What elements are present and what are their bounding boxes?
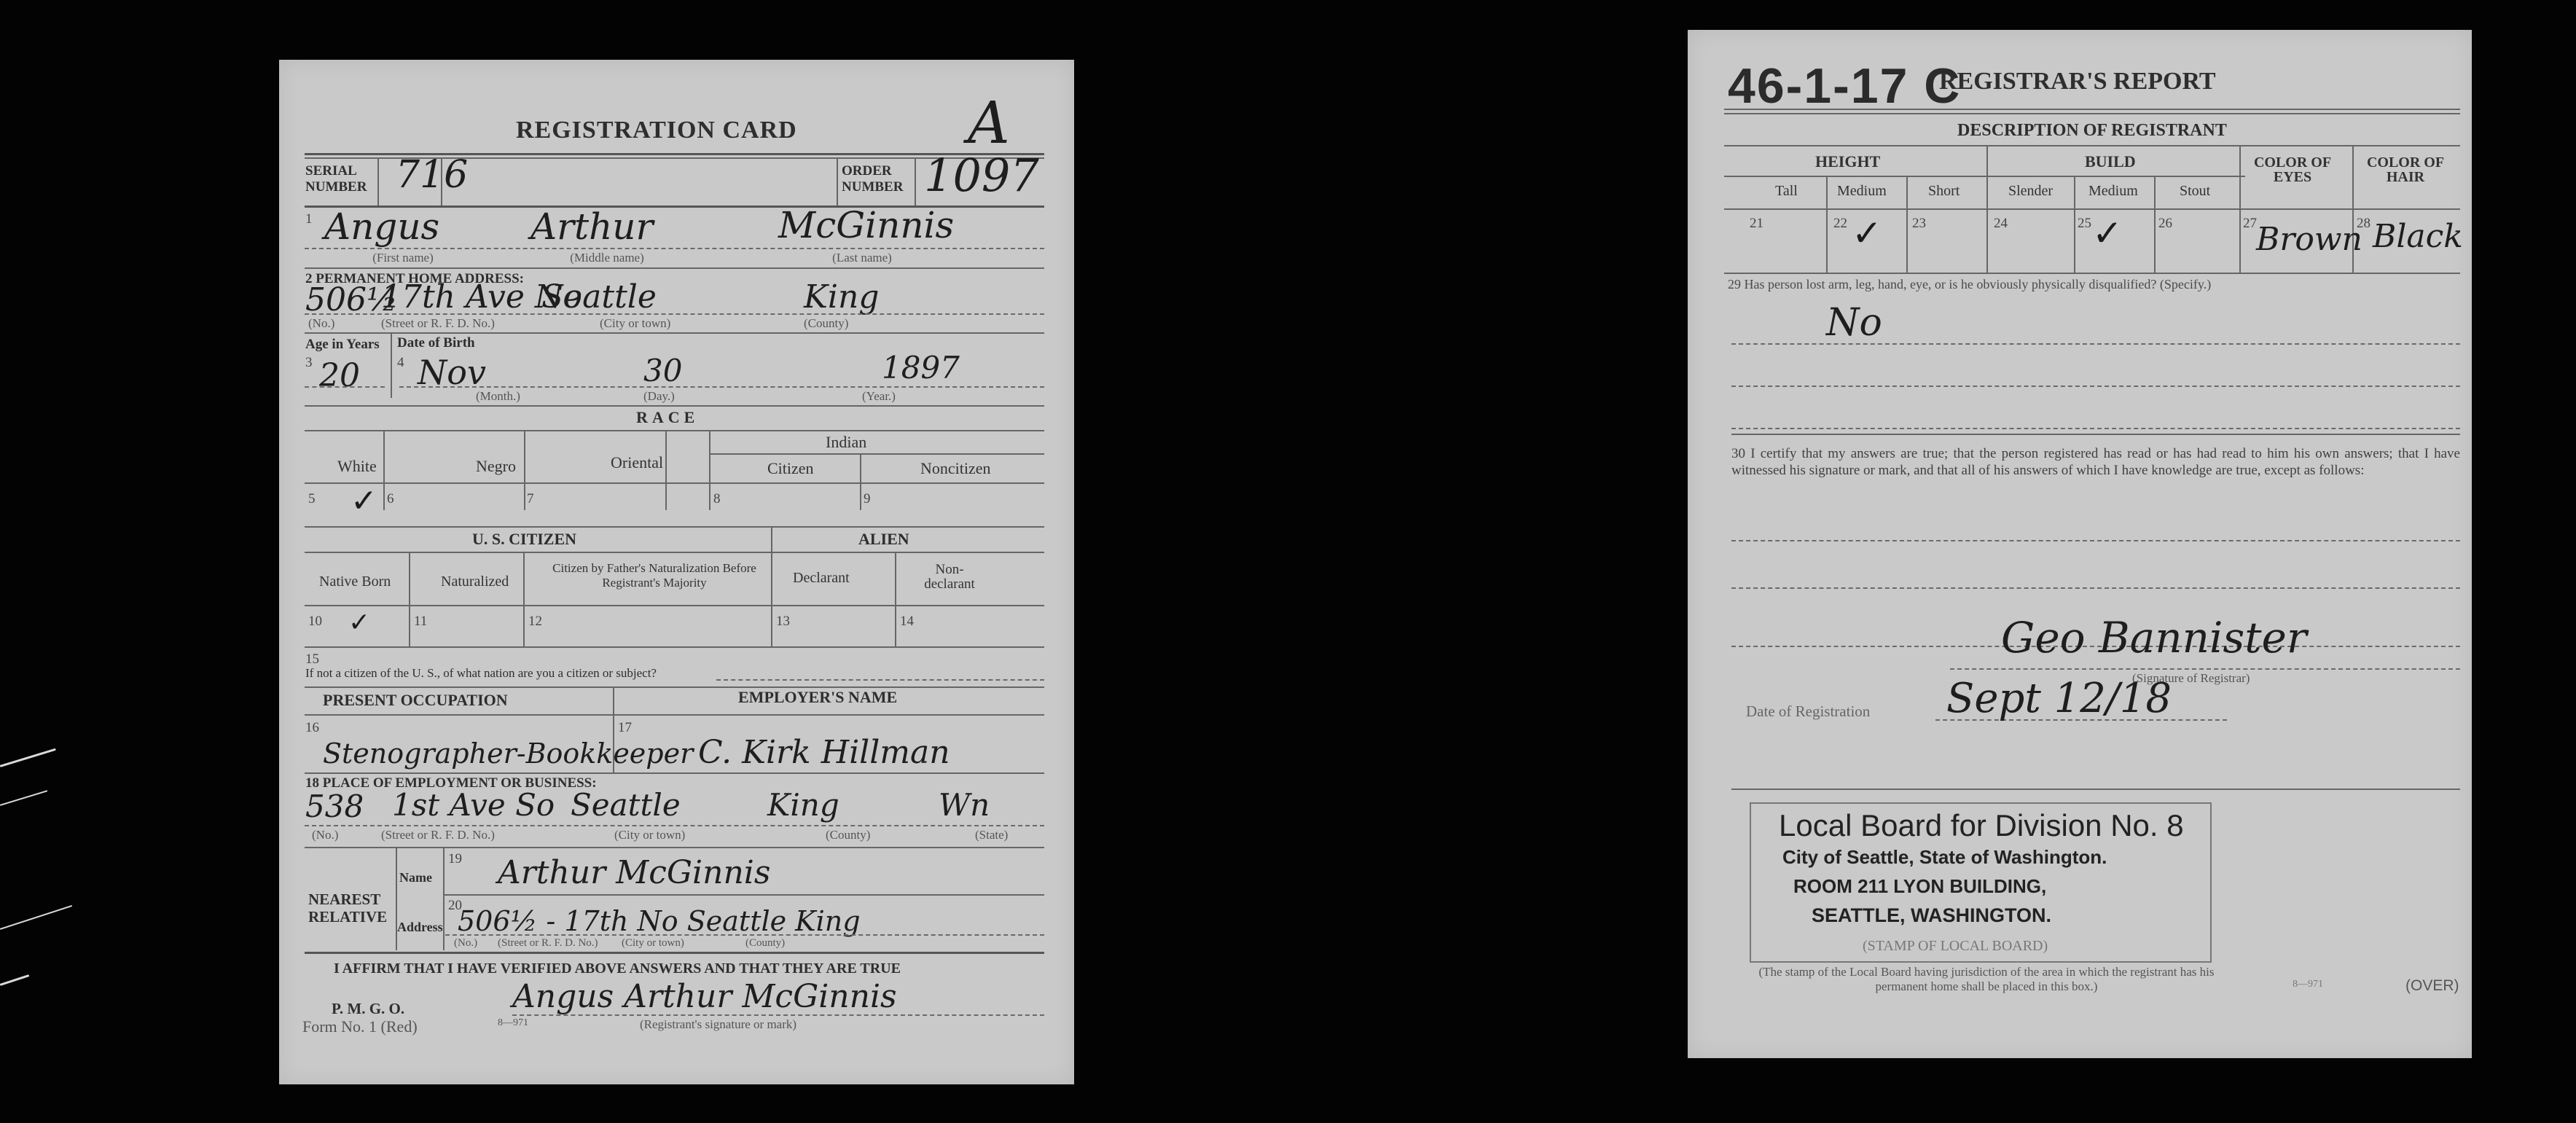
employment-state: Wn xyxy=(939,787,990,823)
order-value: 1097 xyxy=(924,149,1039,202)
employment-city: Seattle xyxy=(571,787,681,823)
address-city: Seattle xyxy=(541,278,657,316)
question-29-answer: No xyxy=(1826,301,1882,345)
date-of-registration: Sept 12/18 xyxy=(1946,675,2172,722)
stamp-line-3: ROOM 211 LYON BUILDING, xyxy=(1793,875,2046,898)
occupation-value: Stenographer-Bookkeeper xyxy=(323,737,693,770)
build-medium-checkmark: ✓ xyxy=(2092,212,2123,254)
film-scratch xyxy=(0,905,72,930)
registration-card-front: REGISTRATION CARD A SERIAL NUMBER 716 OR… xyxy=(279,60,1074,1084)
date-of-registration-label: Date of Registration xyxy=(1746,703,1870,721)
white-checkmark: ✓ xyxy=(351,482,377,520)
race-title: RACE xyxy=(636,408,699,427)
corner-mark: A xyxy=(968,89,1010,157)
stamp-number: 46-1-17 C xyxy=(1728,58,1961,114)
registrar-certification: 30 I certify that my answers are true; t… xyxy=(1731,445,2460,479)
relative-name: Arthur McGinnis xyxy=(498,854,770,891)
native-born-checkmark: ✓ xyxy=(348,608,370,638)
stamp-line-2: City of Seattle, State of Washington. xyxy=(1782,846,2107,869)
report-title: REGISTRAR'S REPORT xyxy=(1939,68,2216,95)
eye-color: Brown xyxy=(2256,221,2362,258)
last-name: McGinnis xyxy=(778,204,954,246)
citizenship-question: If not a citizen of the U. S., of what n… xyxy=(305,666,657,681)
height-medium-checkmark: ✓ xyxy=(1852,212,1882,254)
middle-name: Arthur xyxy=(531,206,653,248)
registrant-signature: Angus Arthur McGinnis xyxy=(512,978,897,1015)
stamp-note: (The stamp of the Local Board having jur… xyxy=(1746,965,2227,994)
serial-label: SERIAL NUMBER xyxy=(305,163,371,195)
hair-color: Black xyxy=(2373,218,2463,255)
employment-no: 538 xyxy=(305,789,364,824)
employer-value: C. Kirk Hillman xyxy=(698,734,950,771)
alien-title: ALIEN xyxy=(858,530,909,549)
relative-address: 506½ - 17th No Seattle King xyxy=(458,905,861,937)
us-citizen-title: U. S. CITIZEN xyxy=(472,530,576,549)
age-value: 20 xyxy=(319,357,360,394)
dob-year: 1897 xyxy=(882,350,960,386)
stamp-caption: (STAMP OF LOCAL BOARD) xyxy=(1863,938,2048,955)
stamp-line-1: Local Board for Division No. 8 xyxy=(1779,808,2184,843)
affirmation-text: I AFFIRM THAT I HAVE VERIFIED ABOVE ANSW… xyxy=(334,960,901,977)
registrar-signature: Geo Bannister xyxy=(2001,613,2307,662)
card-title: REGISTRATION CARD xyxy=(516,117,797,144)
film-scratch xyxy=(0,974,29,986)
serial-value: 716 xyxy=(396,153,468,197)
first-name: Angus xyxy=(324,206,439,248)
registration-card-back: 46-1-17 C REGISTRAR'S REPORT DESCRIPTION… xyxy=(1688,30,2472,1058)
over-label: (OVER) xyxy=(2405,977,2459,995)
question-29: 29 Has person lost arm, leg, hand, eye, … xyxy=(1728,276,2456,292)
employment-street: 1st Ave So xyxy=(392,787,555,823)
film-scratch xyxy=(0,790,47,806)
film-scratch xyxy=(0,748,56,767)
stamp-line-4: SEATTLE, WASHINGTON. xyxy=(1812,904,2051,927)
employment-county: King xyxy=(767,787,839,823)
order-label: ORDER NUMBER xyxy=(842,163,900,195)
dob-day: 30 xyxy=(643,353,682,388)
nearest-relative-label: NEAREST RELATIVE xyxy=(308,891,381,926)
address-county: King xyxy=(804,278,879,316)
